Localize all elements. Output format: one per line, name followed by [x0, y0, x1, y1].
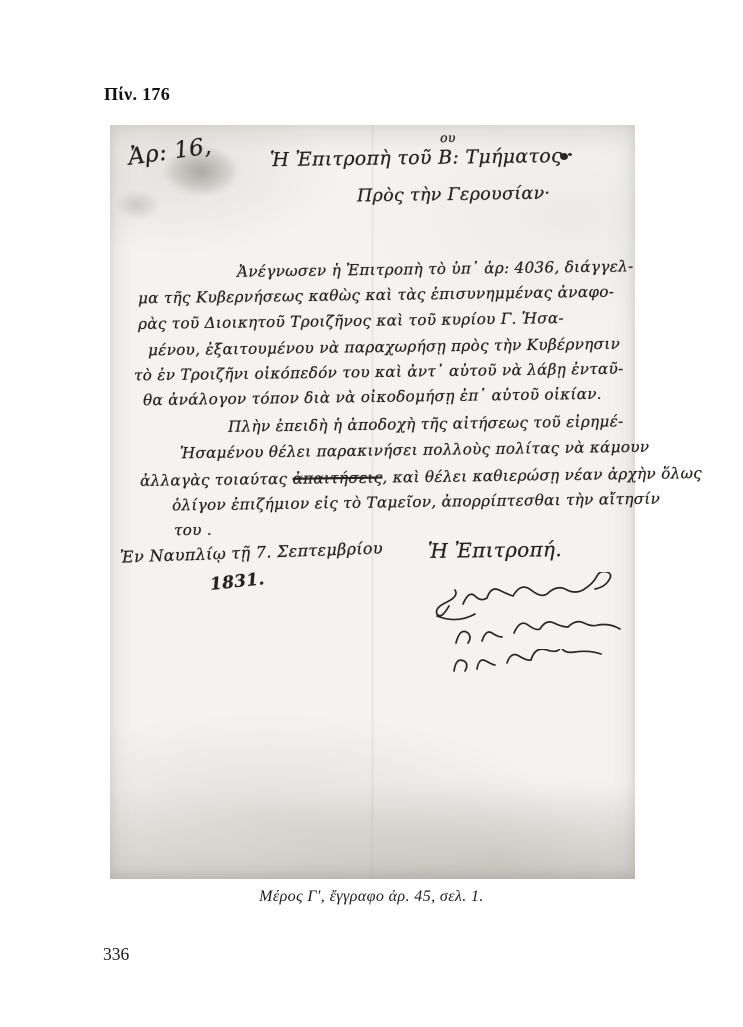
- ink-smudge: [116, 191, 158, 219]
- handwriting-line: Ἡσαμένου θέλει παρακινήσει πολλοὺς πολίτ…: [180, 438, 650, 463]
- signature-3-icon: [448, 649, 608, 685]
- handwriting-line: μένου, ἐξαιτουμένου νὰ παραχωρήσῃ πρὸς τ…: [148, 335, 620, 360]
- scanned-document-image: Ἀρ: 16, Ἡ Ἐπιτροπὴ τοῦ Β: Τμήματος· ου Π…: [110, 125, 635, 879]
- handwriting-line: του .: [174, 521, 212, 540]
- handwriting-line: μα τῆς Κυβερνήσεως καθὼς καὶ τὰς ἐπισυνη…: [138, 283, 614, 308]
- place-date-line: Ἐν Ναυπλίῳ τῇ 7. Σεπτεμβρίου: [120, 538, 383, 566]
- line-fragment: , καὶ θέλει καθιερώσῃ νέαν ἀρχὴν ὅλως: [382, 464, 702, 486]
- heading-addressee: Πρὸς τὴν Γερουσίαν·: [357, 184, 551, 207]
- handwriting-line: ρὰς τοῦ Διοικητοῦ Τροιζῆνος καὶ τοῦ κυρί…: [138, 309, 564, 333]
- handwriting-line: τὸ ἐν Τροιζῆνι οἰκόπεδόν του καὶ ἀντ᾽ αὐ…: [134, 360, 624, 385]
- handwriting-line: ὀλίγον ἐπιζήμιον εἰς τὸ Ταμεῖον, ἀπορρίπ…: [172, 490, 660, 515]
- page-number: 336: [103, 944, 129, 965]
- handwriting-line-with-strikethrough: ἀλλαγὰς τοιαύτας ἀπαιτήσεις, καὶ θέλει κ…: [140, 464, 702, 490]
- book-page: { "page": { "plate_label": "Πίν. 176", "…: [0, 0, 743, 1027]
- struck-word: ἀπαιτήσεις: [292, 469, 382, 488]
- handwriting-line: Πλὴν ἐπειδὴ ἡ ἀποδοχὴ τῆς αἰτήσεως τοῦ ε…: [228, 412, 624, 436]
- heading-committee: Ἡ Ἐπιτροπὴ τοῦ Β: Τμήματος·: [270, 145, 569, 171]
- handwriting-line: θα ἀνάλογον τόπον διὰ νὰ οἰκοδομήσῃ ἐπ᾽ …: [143, 385, 602, 409]
- signature-1-icon: [435, 572, 625, 622]
- date-year: 1831.: [209, 569, 266, 595]
- line-fragment: ἀλλαγὰς τοιαύτας: [140, 470, 293, 490]
- figure-caption: Μέρος Γ′, ἔγγραφο ἀρ. 45, σελ. 1.: [0, 888, 743, 906]
- handwriting-line: Ἀνέγνωσεν ἡ Ἐπιτροπὴ τὸ ὑπ᾽ ἀρ: 4036, δι…: [237, 257, 634, 281]
- heading-ordinal-superscript: ου: [440, 130, 456, 145]
- closing-committee: Ἡ Ἐπιτροπή.: [428, 537, 562, 563]
- plate-label: Πίν. 176: [104, 84, 170, 105]
